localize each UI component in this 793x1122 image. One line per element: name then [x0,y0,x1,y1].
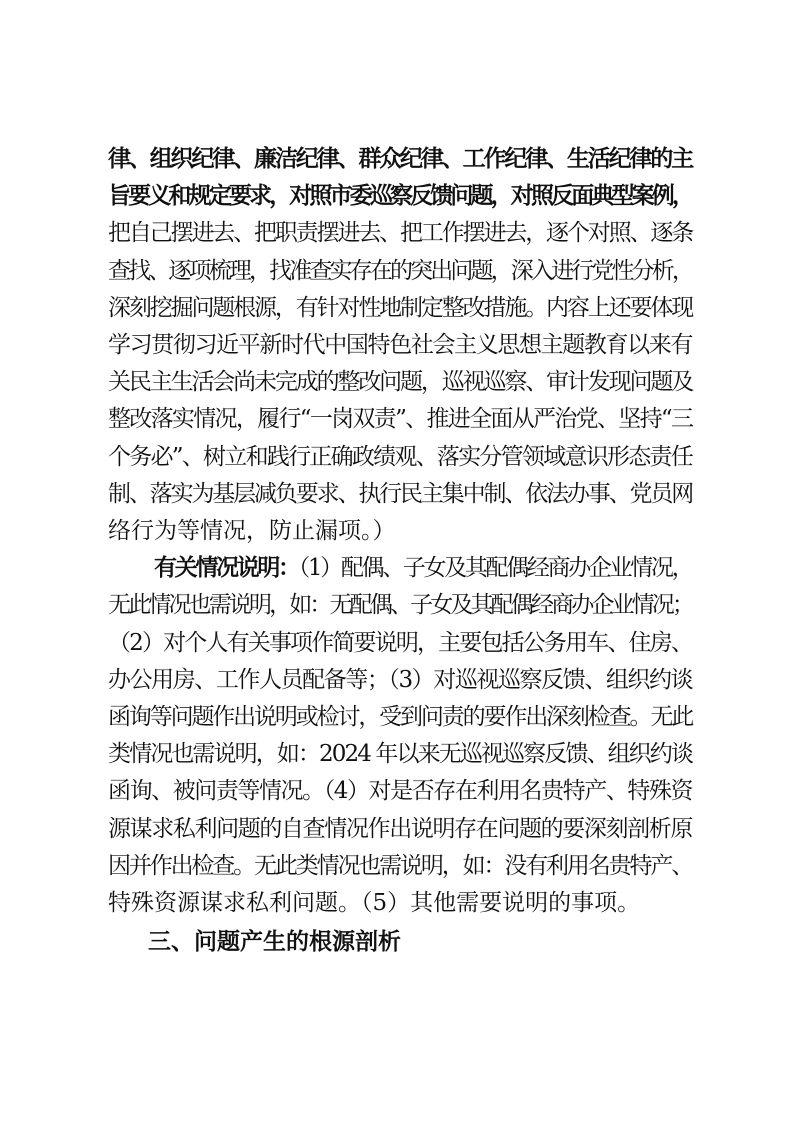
text-line: 整改落实情况，履行“一岗双责”、推进全面从严治党、坚持“三 [108,401,692,438]
text-line: 特殊资源谋求私利问题。（5）其他需要说明的事项。 [108,885,692,922]
bold-text-line: 旨要义和规定要求，对照市委巡察反馈问题，对照反面典型案例， [108,178,692,215]
text-line: 查找、逐项梳理，找准查实存在的突出问题，深入进行党性分析， [108,253,692,290]
paragraph-situation-explanation: 有关情况说明：（1）配偶、子女及其配偶经商办企业情况， 无此情况也需说明，如：无… [108,550,692,922]
text-line: 类情况也需说明，如：2024 年以来无巡视巡察反馈、组织约谈 [108,736,692,773]
text-line: 把自己摆进去、把职责摆进去、把工作摆进去，逐个对照、逐条 [108,215,692,252]
text-line: （2）对个人有关事项作简要说明，主要包括公务用车、住房、 [108,625,692,662]
text-line: 无此情况也需说明，如：无配偶、子女及其配偶经商办企业情况； [108,587,692,624]
text-line: 深刻挖掘问题根源，有针对性地制定整改措施。内容上还要体现 [108,290,692,327]
bold-text-line: 律、组织纪律、廉洁纪律、群众纪律、工作纪律、生活纪律的主 [108,141,692,178]
text-line: 因并作出检查。无此类情况也需说明，如：没有利用名贵特产、 [108,848,692,885]
document-page: 律、组织纪律、廉洁纪律、群众纪律、工作纪律、生活纪律的主 旨要义和规定要求，对照… [108,141,692,961]
text-line: 制、落实为基层减负要求、执行民主集中制、依法办事、党员网 [108,476,692,513]
text-line: 关民主生活会尚未完成的整改问题，巡视巡察、审计发现问题及 [108,364,692,401]
text-line: 有关情况说明：（1）配偶、子女及其配偶经商办企业情况， [108,550,692,587]
lead-label: 有关情况说明： [154,555,299,581]
text-line: 函询、被问责等情况。（4）对是否存在利用名贵特产、特殊资 [108,773,692,810]
text-line: 源谋求私利问题的自查情况作出说明存在问题的要深刻剖析原 [108,811,692,848]
text-line: 函询等问题作出说明或检讨，受到问责的要作出深刻检查。无此 [108,699,692,736]
section-heading: 三、问题产生的根源剖析 [108,924,692,961]
text-line: 个务必”、树立和践行正确政绩观、落实分管领域意识形态责任 [108,439,692,476]
text-line: 络行为等情况，防止漏项。） [108,513,692,550]
paragraph-discipline-requirements: 律、组织纪律、廉洁纪律、群众纪律、工作纪律、生活纪律的主 旨要义和规定要求，对照… [108,141,692,550]
text-line: 办公用房、工作人员配备等；（3）对巡视巡察反馈、组织约谈 [108,662,692,699]
text-line: 学习贯彻习近平新时代中国特色社会主义思想主题教育以来有 [108,327,692,364]
text-segment: （1）配偶、子女及其配偶经商办企业情况， [299,555,693,581]
